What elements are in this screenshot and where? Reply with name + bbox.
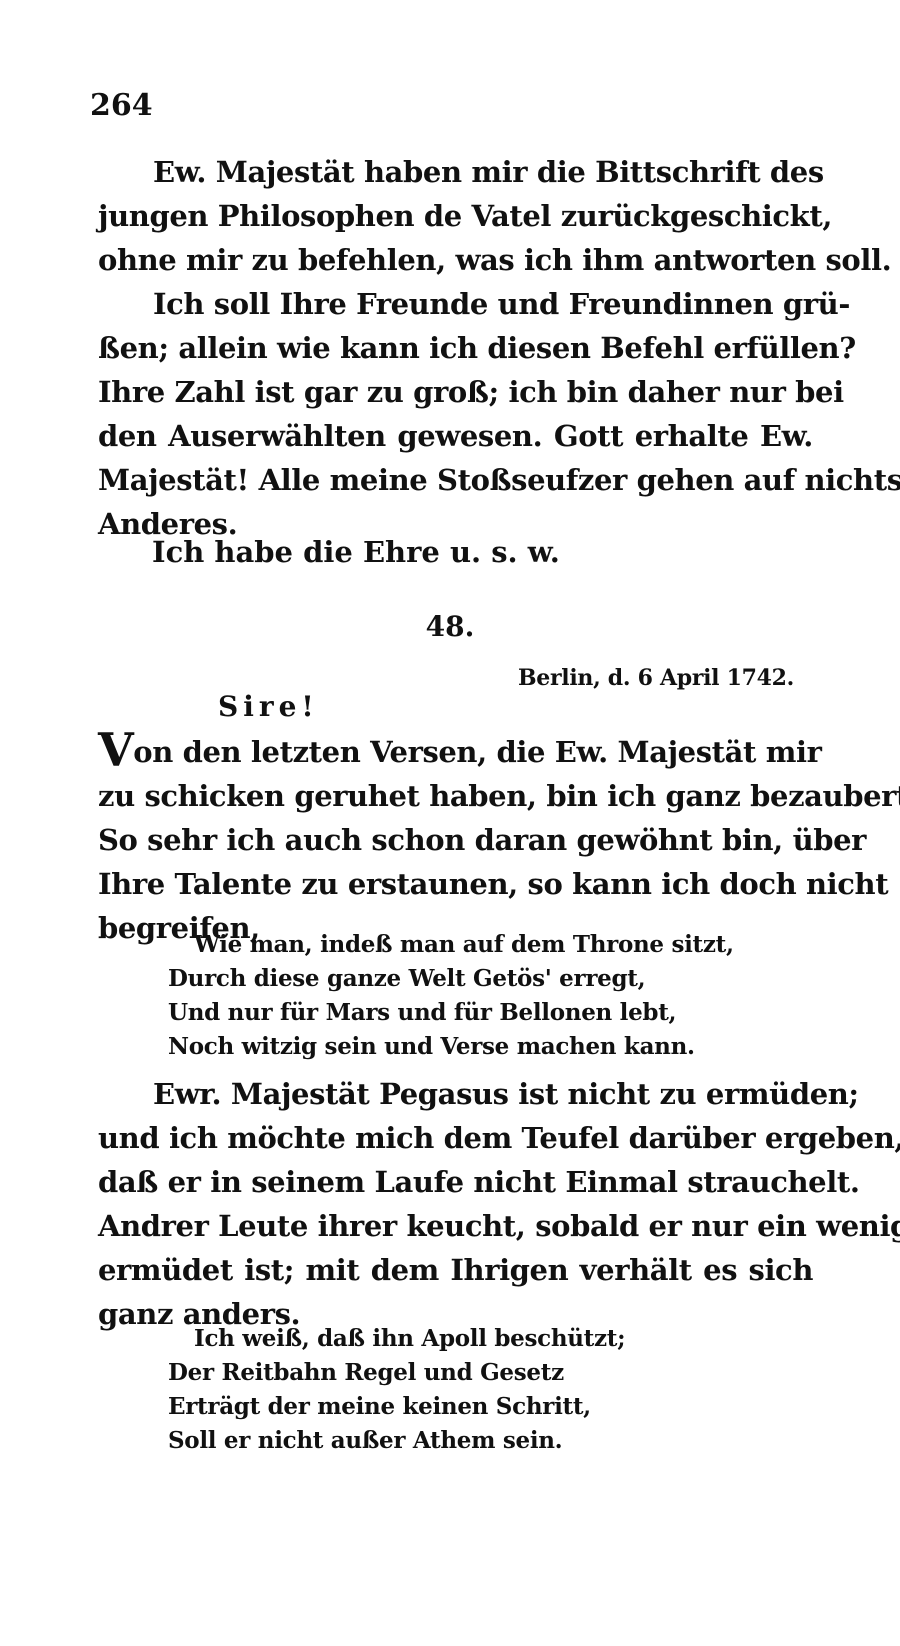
verse-line: Der Reitbahn Regel und Gesetz (168, 1356, 768, 1390)
text-line: Ihre Zahl ist gar zu groß; ich bin daher… (98, 370, 813, 414)
text-line: Ew. Majestät haben mir die Bittschrift d… (98, 150, 813, 194)
text-line-with-initial: Von den letzten Versen, die Ew. Majestät… (98, 730, 813, 774)
text-line: Ich soll Ihre Freunde und Freundinnen gr… (98, 282, 813, 326)
verse-line: Wie man, indeß man auf dem Throne sitzt, (168, 928, 768, 962)
verse-line: Und nur für Mars und für Bellonen lebt, (168, 996, 768, 1030)
text-line: Ewr. Majestät Pegasus ist nicht zu ermüd… (98, 1072, 813, 1116)
page-number: 264 (90, 88, 153, 123)
text-line: den Auserwählten gewesen. Gott erhalte E… (98, 414, 813, 458)
verse-line: Durch diese ganze Welt Getös' erregt, (168, 962, 768, 996)
verse-stanza-1: Wie man, indeß man auf dem Throne sitzt,… (168, 928, 768, 1064)
text-line: ermüdet ist; mit dem Ihrigen verhält es … (98, 1248, 813, 1292)
text-line: Majestät! Alle meine Stoßseufzer gehen a… (98, 458, 813, 502)
text-line: So sehr ich auch schon daran gewöhnt bin… (98, 818, 813, 862)
text-fragment: on den letzten Versen, die Ew. Majestät … (133, 735, 821, 769)
letter-48-paragraph-2: Ewr. Majestät Pegasus ist nicht zu ermüd… (98, 1072, 813, 1336)
book-page: 264 Ew. Majestät haben mir die Bittschri… (0, 0, 900, 1646)
drop-initial: V (98, 723, 133, 777)
verse-line: Noch witzig sein und Verse machen kann. (168, 1030, 768, 1064)
text-line: zu schicken geruhet haben, bin ich ganz … (98, 774, 813, 818)
letter-number: 48. (0, 610, 900, 643)
verse-line: Erträgt der meine keinen Schritt, (168, 1390, 768, 1424)
text-line: und ich möchte mich dem Teufel darüber e… (98, 1116, 813, 1160)
text-line: daß er in seinem Laufe nicht Einmal stra… (98, 1160, 813, 1204)
text-line: Andrer Leute ihrer keucht, sobald er nur… (98, 1204, 813, 1248)
letter-48-paragraph-1: Von den letzten Versen, die Ew. Majestät… (98, 730, 813, 950)
salutation: Sire! (218, 690, 319, 723)
text-line: ohne mir zu befehlen, was ich ihm antwor… (98, 238, 813, 282)
letter-closing: Ich habe die Ehre u. s. w. (152, 530, 560, 574)
verse-stanza-2: Ich weiß, daß ihn Apoll beschützt; Der R… (168, 1322, 768, 1458)
letter-47-paragraph-2: Ich soll Ihre Freunde und Freundinnen gr… (98, 282, 813, 546)
text-line: jungen Philosophen de Vatel zurückgeschi… (98, 194, 813, 238)
letter-47-paragraph-1: Ew. Majestät haben mir die Bittschrift d… (98, 150, 813, 282)
verse-line: Ich weiß, daß ihn Apoll beschützt; (168, 1322, 768, 1356)
verse-line: Soll er nicht außer Athem sein. (168, 1424, 768, 1458)
text-line: ßen; allein wie kann ich diesen Befehl e… (98, 326, 813, 370)
dateline: Berlin, d. 6 April 1742. (518, 665, 794, 691)
text-line: Ihre Talente zu erstaunen, so kann ich d… (98, 862, 813, 906)
